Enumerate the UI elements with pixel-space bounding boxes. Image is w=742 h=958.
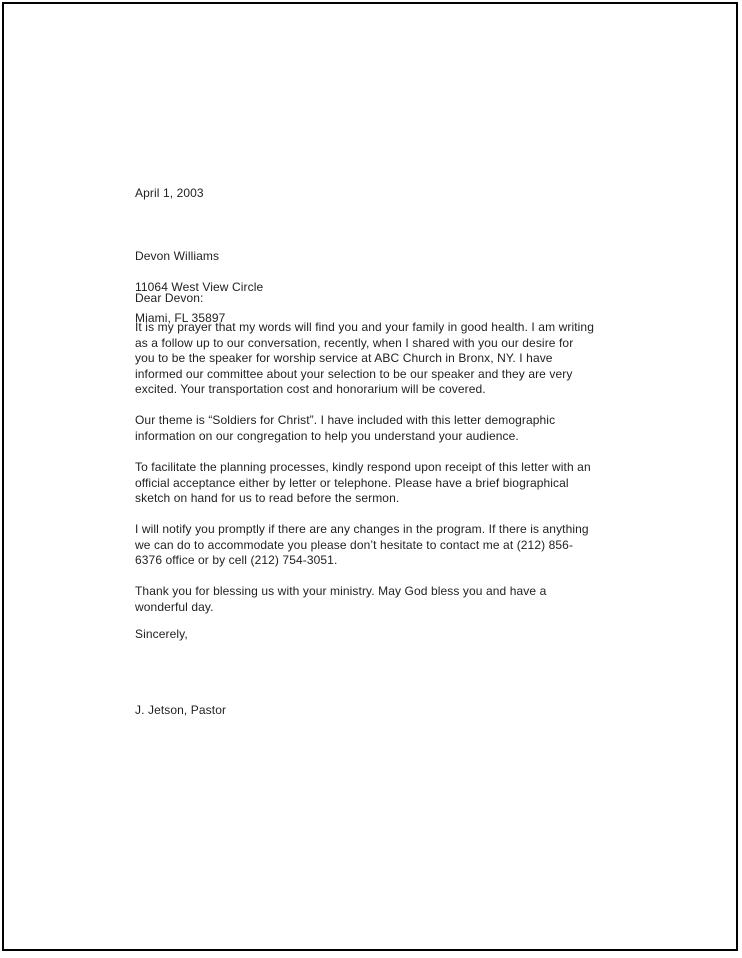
body-paragraph-1: It is my prayer that my words will find … [135,320,710,398]
letter-date: April 1, 2003 [135,186,710,202]
body-paragraph-4: I will notify you promptly if there are … [135,522,710,569]
salutation: Dear Devon: [135,291,710,307]
page-border: April 1, 2003 Devon Williams 11064 West … [2,2,738,951]
letter-document: April 1, 2003 Devon Williams 11064 West … [0,0,742,958]
body-paragraph-3: To facilitate the planning processes, ki… [135,460,710,507]
body-paragraph-2: Our theme is “Soldiers for Christ”. I ha… [135,413,710,444]
signature-name: J. Jetson, Pastor [135,703,710,719]
body-paragraph-5: Thank you for blessing us with your mini… [135,584,710,615]
recipient-name: Devon Williams [135,249,710,265]
closing: Sincerely, [135,627,710,643]
